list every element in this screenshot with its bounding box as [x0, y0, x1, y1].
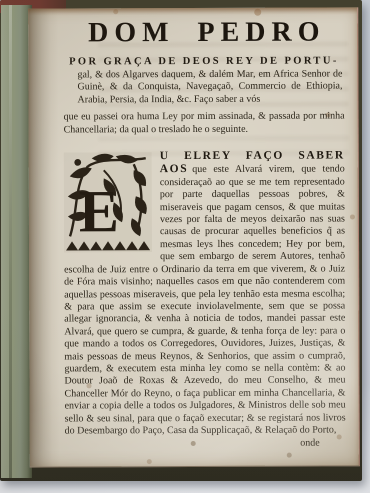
woodcut-initial: E — [64, 152, 152, 252]
preamble-paragraph: que eu passei ora huma Ley por mim assin… — [64, 111, 345, 137]
printed-text-block: DOM PEDRO POR GRAÇA DE DEOS REY DE PORTU… — [28, 7, 359, 466]
ornamental-initial-e-icon: E — [64, 152, 152, 252]
catchword: onde — [65, 438, 346, 450]
page-title: DOM PEDRO — [63, 16, 344, 49]
photo-of-book: DOM PEDRO POR GRAÇA DE DEOS REY DE PORTU… — [0, 0, 370, 493]
book-block: DOM PEDRO POR GRAÇA DE DEOS REY DE PORTU… — [0, 0, 362, 481]
decree-section: E U ELREY FAÇO SABER AOSque este Alvará … — [64, 150, 346, 438]
cover-hinge-fold — [9, 5, 12, 478]
drop-cap-letter: E — [79, 178, 119, 244]
book-cover-board — [1, 5, 32, 478]
salutation-caps-line: POR GRAÇA DE DEOS REY DE PORTU- — [63, 55, 344, 67]
book-page: DOM PEDRO POR GRAÇA DE DEOS REY DE PORTU… — [28, 7, 360, 467]
salutation-paragraph: gal, & dos Algarves daquem, & dalém Mar,… — [63, 68, 344, 106]
